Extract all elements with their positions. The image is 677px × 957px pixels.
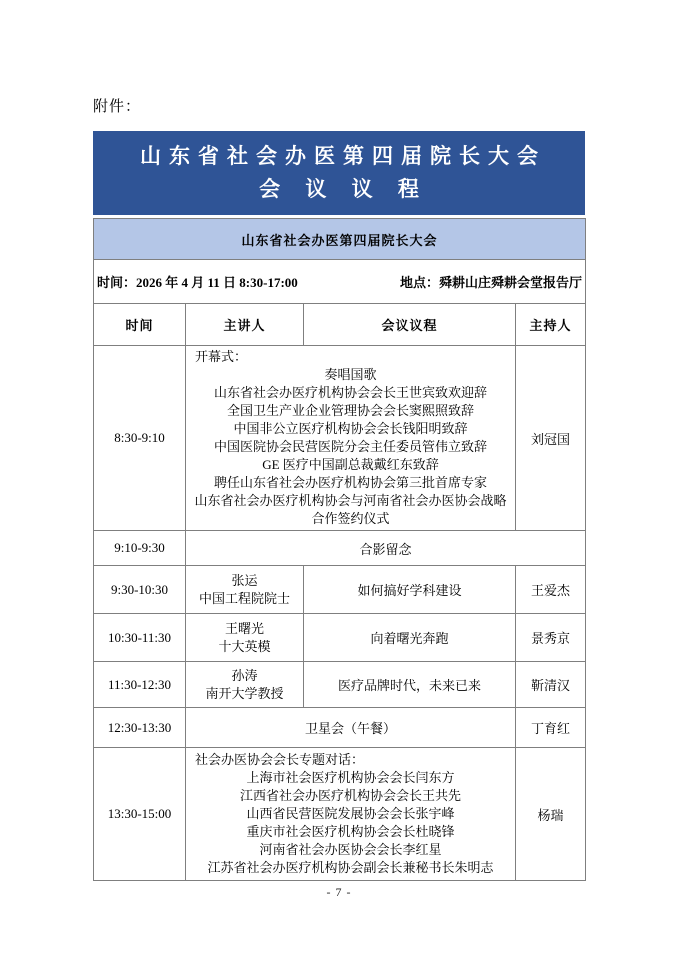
info-cell: 时间：2026 年 4 月 11 日 8:30-17:00 地点：舜耕山庄舜耕会… xyxy=(94,260,586,304)
topic-cell: 医疗品牌时代，未来已来 xyxy=(304,662,516,708)
host-cell: 丁育红 xyxy=(516,708,586,748)
opening-program-cell: 开幕式： 奏唱国歌 山东省社会办医疗机构协会会长王世宾致欢迎辞 全国卫生产业企业… xyxy=(186,346,516,531)
table-row-dialogue: 13:30-15:00 社会办医协会会长专题对话： 上海市社会医疗机构协会会长闫… xyxy=(94,748,586,881)
host-cell: 王爱杰 xyxy=(516,566,586,614)
subtitle-row: 山东省社会办医第四届院长大会 xyxy=(94,219,586,260)
table-row-talk: 10:30-11:30 王曙光 十大英模 向着曙光奔跑 景秀京 xyxy=(94,614,586,662)
speaker-name: 张运 xyxy=(189,572,300,590)
program-line: GE 医疗中国副总裁戴红东致辞 xyxy=(189,456,512,474)
program-line: 中国医院协会民营医院分会主任委员管伟立致辞 xyxy=(189,438,512,456)
document-page: 附件： 山东省社会办医第四届院长大会 会 议 议 程 山东省社会办医第四届院长大… xyxy=(0,0,677,957)
program-line: 河南省社会办医协会会长李红星 xyxy=(189,841,512,859)
topic-cell: 如何搞好学科建设 xyxy=(304,566,516,614)
conference-subtitle: 山东省社会办医第四届院长大会 xyxy=(94,219,586,260)
col-header-speaker: 主讲人 xyxy=(186,304,304,346)
time-cell: 13:30-15:00 xyxy=(94,748,186,881)
speaker-cell: 孙涛 南开大学教授 xyxy=(186,662,304,708)
col-header-host: 主持人 xyxy=(516,304,586,346)
speaker-title: 十大英模 xyxy=(189,638,300,656)
agenda-table: 山东省社会办医第四届院长大会 时间：2026 年 4 月 11 日 8:30-1… xyxy=(93,218,586,881)
program-line: 全国卫生产业企业管理协会会长窦熙照致辞 xyxy=(189,402,512,420)
speaker-title: 中国工程院院士 xyxy=(189,590,300,608)
program-line: 江西省社会办医疗机构协会会长王共先 xyxy=(189,787,512,805)
time-cell: 9:10-9:30 xyxy=(94,531,186,566)
satellite-session-cell: 卫星会（午餐） xyxy=(186,708,516,748)
table-row-talk: 9:30-10:30 张运 中国工程院院士 如何搞好学科建设 王爱杰 xyxy=(94,566,586,614)
page-number: - 7 - xyxy=(93,885,585,900)
dialogue-program-cell: 社会办医协会会长专题对话： 上海市社会医疗机构协会会长闫东方 江西省社会办医疗机… xyxy=(186,748,516,881)
host-cell: 景秀京 xyxy=(516,614,586,662)
table-row-talk: 11:30-12:30 孙涛 南开大学教授 医疗品牌时代，未来已来 靳清汉 xyxy=(94,662,586,708)
program-line: 山西省民营医院发展协会会长张宇峰 xyxy=(189,805,512,823)
program-line: 江苏省社会办医疗机构协会副会长兼秘书长朱明志 xyxy=(189,859,512,877)
speaker-title: 南开大学教授 xyxy=(189,685,300,703)
host-cell: 杨瑞 xyxy=(516,748,586,881)
time-cell: 12:30-13:30 xyxy=(94,708,186,748)
time-cell: 8:30-9:10 xyxy=(94,346,186,531)
time-cell: 9:30-10:30 xyxy=(94,566,186,614)
program-line: 山东省社会办医疗机构协会与河南省社会办医协会战略合作签约仪式 xyxy=(189,492,512,528)
time-cell: 10:30-11:30 xyxy=(94,614,186,662)
info-location: 地点：舜耕山庄舜耕会堂报告厅 xyxy=(400,272,582,291)
speaker-name: 王曙光 xyxy=(189,620,300,638)
banner-title-line1: 山东省社会办医第四届院长大会 xyxy=(132,140,546,173)
host-cell: 刘冠国 xyxy=(516,346,586,531)
info-row: 时间：2026 年 4 月 11 日 8:30-17:00 地点：舜耕山庄舜耕会… xyxy=(94,260,586,304)
attachment-label: 附件： xyxy=(93,98,585,116)
dialogue-heading: 社会办医协会会长专题对话： xyxy=(189,751,512,769)
banner-title-line2: 会 议 议 程 xyxy=(249,173,429,206)
host-cell: 靳清汉 xyxy=(516,662,586,708)
program-line: 山东省社会办医疗机构协会会长王世宾致欢迎辞 xyxy=(189,384,512,402)
program-line: 上海市社会医疗机构协会会长闫东方 xyxy=(189,769,512,787)
table-header-row: 时间 主讲人 会议议程 主持人 xyxy=(94,304,586,346)
program-line: 聘任山东省社会办医疗机构协会第三批首席专家 xyxy=(189,474,512,492)
speaker-cell: 张运 中国工程院院士 xyxy=(186,566,304,614)
program-line: 重庆市社会医疗机构协会会长杜晓锋 xyxy=(189,823,512,841)
time-cell: 11:30-12:30 xyxy=(94,662,186,708)
info-time: 时间：2026 年 4 月 11 日 8:30-17:00 xyxy=(97,272,298,291)
opening-heading: 开幕式： xyxy=(189,348,512,366)
program-line: 中国非公立医疗机构协会会长钱阳明致辞 xyxy=(189,420,512,438)
program-line: 奏唱国歌 xyxy=(189,366,512,384)
col-header-agenda: 会议议程 xyxy=(304,304,516,346)
document-content: 附件： 山东省社会办医第四届院长大会 会 议 议 程 山东省社会办医第四届院长大… xyxy=(93,98,585,900)
photo-session-cell: 合影留念 xyxy=(186,531,586,566)
table-row-photo: 9:10-9:30 合影留念 xyxy=(94,531,586,566)
speaker-cell: 王曙光 十大英模 xyxy=(186,614,304,662)
table-row-opening: 8:30-9:10 开幕式： 奏唱国歌 山东省社会办医疗机构协会会长王世宾致欢迎… xyxy=(94,346,586,531)
table-row-lunch: 12:30-13:30 卫星会（午餐） 丁育红 xyxy=(94,708,586,748)
speaker-name: 孙涛 xyxy=(189,667,300,685)
col-header-time: 时间 xyxy=(94,304,186,346)
title-banner: 山东省社会办医第四届院长大会 会 议 议 程 xyxy=(93,131,585,215)
topic-cell: 向着曙光奔跑 xyxy=(304,614,516,662)
